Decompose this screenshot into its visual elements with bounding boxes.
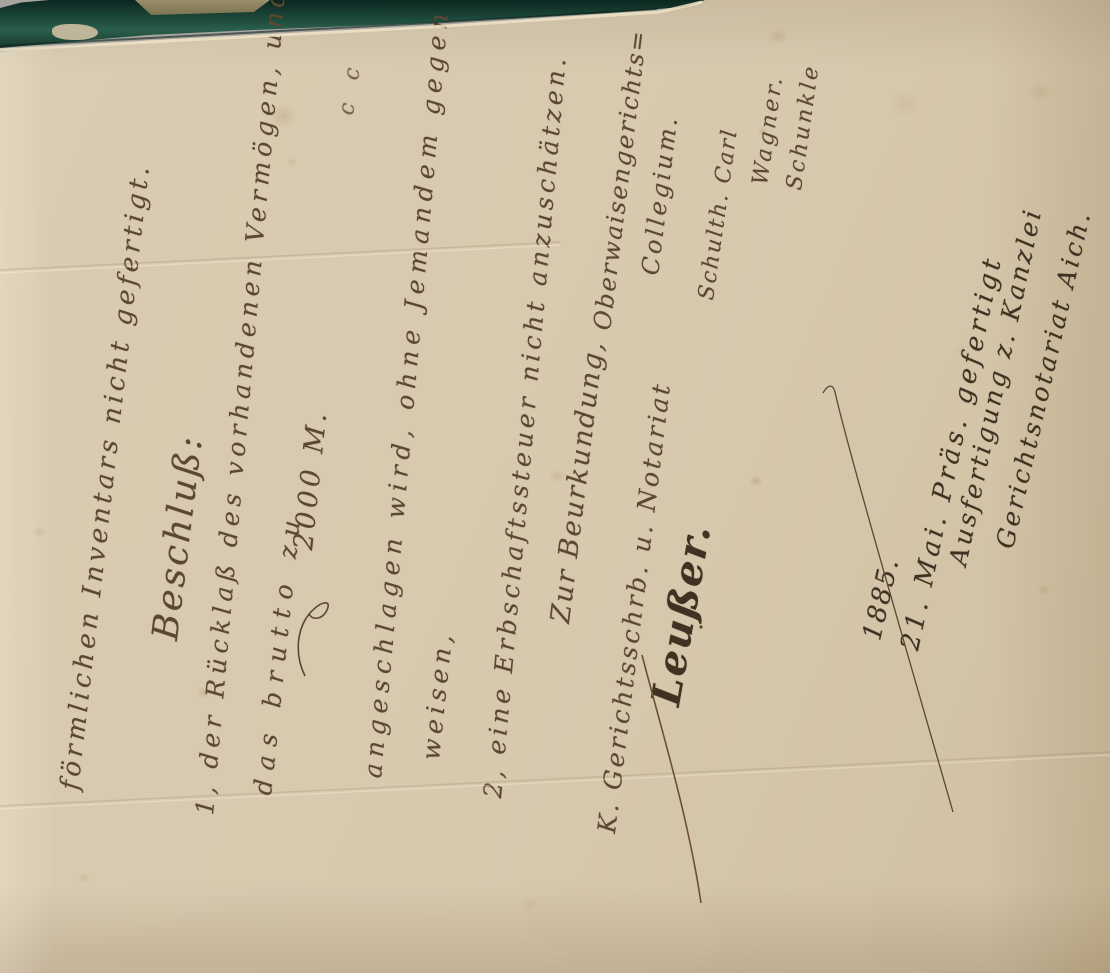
heading-beschluss: Beschluß: [145,432,211,643]
resolution-item-1-cont-3: weisen, [416,628,459,761]
amount-line: 2000 M. [288,408,334,552]
signature-3: Schunkle [782,62,824,192]
signature-mayor: Schulth. Carl [694,127,743,302]
signature-2: Wagner. [748,73,788,187]
manuscript-photo: förmlichen Inventars nicht gefertigt. Be… [0,0,1110,973]
ditto-marks: c c [334,58,367,117]
closing-line: förmlichen Inventars nicht gefertigt. [55,161,156,792]
board-line-2: Collegium. [636,113,683,276]
attestation-lead: Zur Beurkundung, [545,338,610,624]
resolution-item-1-cont-1: das brutto zu [248,510,307,797]
resolution-item-2: 2, eine Erbschaftssteuer nicht anzuschät… [478,53,572,799]
board-line-1: Oberwaisengerichts= [588,28,653,332]
handwriting-layer: förmlichen Inventars nicht gefertigt. Be… [0,0,1110,973]
